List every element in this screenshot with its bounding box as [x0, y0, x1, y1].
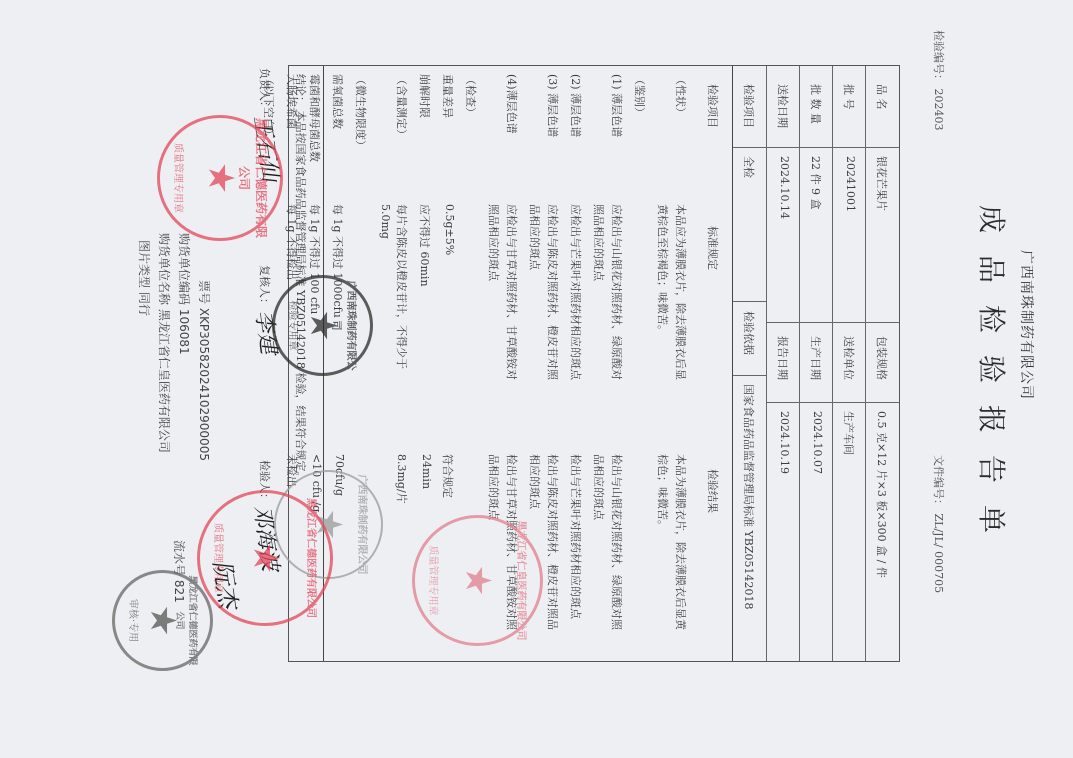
- batch-label: 批 号: [841, 84, 857, 110]
- stamp-text: 广西南珠制药有限公司: [356, 472, 371, 577]
- inspection-number-label: 检验编号：: [932, 30, 945, 85]
- row-result: 检出与陈皮对照药材、橙皮苷对照品: [545, 454, 561, 630]
- stamp-text: 黑龙江省仁德医药有限公司: [305, 493, 320, 623]
- row-item: (3) 薄层色谱: [545, 74, 561, 137]
- inspection-number: 检验编号： 202403: [931, 30, 947, 131]
- row-item: （检查）: [463, 74, 479, 118]
- stamp-subtext: 质量管理专用章: [427, 518, 442, 643]
- spec-label: 包装规格: [874, 336, 890, 380]
- row-item: （微生物限度）: [353, 74, 369, 151]
- grey-review-stamp: 黑龙江省仁德医药有限公司 ★ 审核·专用: [112, 570, 213, 671]
- stamp-text: 广西南珠制药有限公司: [330, 278, 360, 373]
- image-type: 图片类型 同行: [136, 240, 153, 316]
- row-standard: 黄棕色至棕褐色；味微苦。: [655, 204, 671, 336]
- buyer-name-value: 黑龙江省仁皇医药有限公司: [157, 309, 171, 453]
- row-item: （鉴别）: [632, 74, 648, 118]
- row-standard: 5.0mg: [379, 204, 392, 239]
- production-date-label: 生产日期: [808, 336, 824, 380]
- image-type-value: 同行: [137, 292, 151, 316]
- row-standard: 照品相应的斑点: [486, 204, 502, 281]
- row-standard: 0.5g±5%: [443, 204, 456, 255]
- file-number-value: ZL/JL/ 000705: [932, 514, 945, 594]
- row-item: 崩解时限: [417, 74, 433, 118]
- buyer-code: 购货单位编码 106081: [176, 233, 193, 355]
- ticket-number-value: XKP30582024102900005: [197, 308, 211, 461]
- sender-value: 生产车间: [841, 411, 857, 455]
- row-standard: 照品相应的斑点: [591, 204, 607, 281]
- report-table: 品 名 银花芒果片 包装规格 0.5 克×12 片×3 板×300 盒 / 件 …: [288, 65, 900, 662]
- buyer-name: 购货单位名称 黑龙江省仁皇医药有限公司: [156, 233, 173, 453]
- row-result: 检出与山银花对照药材、绿原酸对照: [609, 454, 625, 630]
- buyer-code-label: 购货单位编码: [177, 233, 191, 305]
- basis-value: 国家食品药品监督管理局标准 YBZ05142018: [741, 384, 757, 609]
- submit-date-label: 送检日期: [775, 84, 791, 128]
- report-title: 成品检验报告单: [973, 205, 1013, 555]
- company-name: 广西南珠制药有限公司: [1017, 250, 1037, 400]
- row-standard: 应检出与陈皮对照药材、橙皮苷对照: [545, 204, 561, 380]
- batch-value: 20241001: [844, 156, 857, 212]
- report-date-value: 2024.10.19: [778, 411, 791, 474]
- star-icon: ★: [202, 162, 238, 194]
- star-icon: ★: [460, 564, 496, 596]
- product-name-label: 品 名: [874, 84, 890, 110]
- inspection-number-value: 202403: [932, 89, 945, 131]
- row-result: 24min: [420, 454, 433, 489]
- row-item: (2) 薄层色谱: [568, 74, 584, 137]
- stamp-subtext: 质量管理专用章: [172, 118, 187, 238]
- stamp-subtext: 检验专用章: [287, 278, 302, 373]
- row-result: 本品为薄膜衣片，除去薄膜衣后显黄: [673, 454, 689, 630]
- row-result: 棕色；味微苦。: [655, 454, 671, 531]
- column-header-standard: 标准规定: [705, 226, 721, 270]
- quantity-label: 批 数 量: [808, 84, 824, 124]
- responsible-person-label: 负责人：: [257, 68, 273, 112]
- row-item: 重量差异: [440, 74, 456, 118]
- red-quality-stamp: 黑龙江省仁德医药有限公司 ★ 质量管理专用章: [197, 490, 333, 626]
- row-standard: 应检出与甘草对照药材、甘草酸铵对: [504, 204, 520, 380]
- stamp-text: 黑龙江省仁德医药有限公司: [174, 573, 200, 668]
- star-icon: ★: [247, 542, 283, 574]
- basis-label: 检验依据: [741, 311, 757, 355]
- row-result: 检出与芒果叶对照药材相应的斑点: [568, 454, 584, 619]
- row-standard: 应不得过 60min: [417, 204, 433, 287]
- buyer-name-label: 购货单位名称: [157, 233, 171, 305]
- black-inspection-stamp: 广西南珠制药有限公司 ★ 检验专用章: [272, 275, 373, 376]
- row-standard: 本品应为薄膜衣片，除去薄膜衣后显: [673, 204, 689, 380]
- submit-date-value: 2024.10.14: [778, 156, 791, 219]
- buyer-code-value: 106081: [177, 309, 191, 355]
- stamp-text: 黑龙江省仁皇医药有限公司: [515, 518, 530, 643]
- row-item: (4)薄层色谱: [504, 74, 520, 134]
- column-header-item: 检验项目: [705, 84, 721, 128]
- stamp-subtext: 审核·专用: [127, 573, 142, 668]
- row-item: (1) 薄层色谱: [609, 74, 625, 137]
- test-item-value: 全检: [741, 156, 757, 178]
- row-standard: 应检出与山银花对照药材、绿原酸对: [609, 204, 625, 380]
- ticket-number: 票号 XKP30582024102900005: [196, 280, 213, 461]
- image-type-label: 图片类型: [137, 240, 151, 288]
- row-standard: 应检出与芒果叶对照药材相应的斑点: [568, 204, 584, 380]
- column-header-result: 检验结果: [705, 469, 721, 513]
- stamp-subtext: 质量管理专用章: [212, 493, 227, 623]
- reviewer-label: 复核人：: [257, 265, 273, 309]
- row-result: 品相应的斑点: [591, 454, 607, 520]
- file-number-label: 文件编号：: [932, 455, 945, 510]
- row-result: 相应的斑点: [527, 454, 543, 509]
- test-item-label: 检验项目: [741, 84, 757, 128]
- row-item: 霉菌和酵母菌总数: [307, 74, 323, 162]
- red-company-stamp: 黑龙江省仁德医药有限公司 ★ 质量管理专用章: [157, 115, 283, 241]
- file-number: 文件编号： ZL/JL/ 000705: [931, 455, 947, 593]
- ticket-number-label: 票号: [197, 280, 211, 304]
- product-name-value: 银花芒果片: [874, 156, 890, 211]
- row-result: 符合规定: [440, 454, 456, 498]
- conclusion-label: 结论：: [294, 74, 307, 107]
- production-date-value: 2024.10.07: [811, 411, 824, 474]
- row-standard: 每片含陈皮以橙皮苷计，不得少于: [394, 204, 410, 369]
- report-date-label: 报告日期: [775, 336, 791, 380]
- sender-label: 送检单位: [841, 336, 857, 380]
- row-item: （含量测定）: [394, 74, 410, 140]
- row-result: 品相应的斑点: [486, 454, 502, 520]
- row-item: 需氧菌总数: [330, 74, 346, 129]
- pink-quality-stamp: 黑龙江省仁皇医药有限公司 ★ 质量管理专用章: [412, 515, 543, 646]
- quantity-value: 22 件 9 盒: [808, 156, 824, 210]
- row-item: （性状）: [673, 74, 689, 118]
- row-standard: 品相应的斑点: [527, 204, 543, 270]
- spec-value: 0.5 克×12 片×3 板×300 盒 / 件: [874, 411, 890, 578]
- stamp-text: 黑龙江省仁德医药有限公司: [236, 118, 270, 238]
- inspection-report-page: 广西南珠制药有限公司 成品检验报告单 检验编号： 202403 文件编号： ZL…: [0, 0, 1073, 758]
- row-result: 8.3mg/片: [394, 454, 410, 504]
